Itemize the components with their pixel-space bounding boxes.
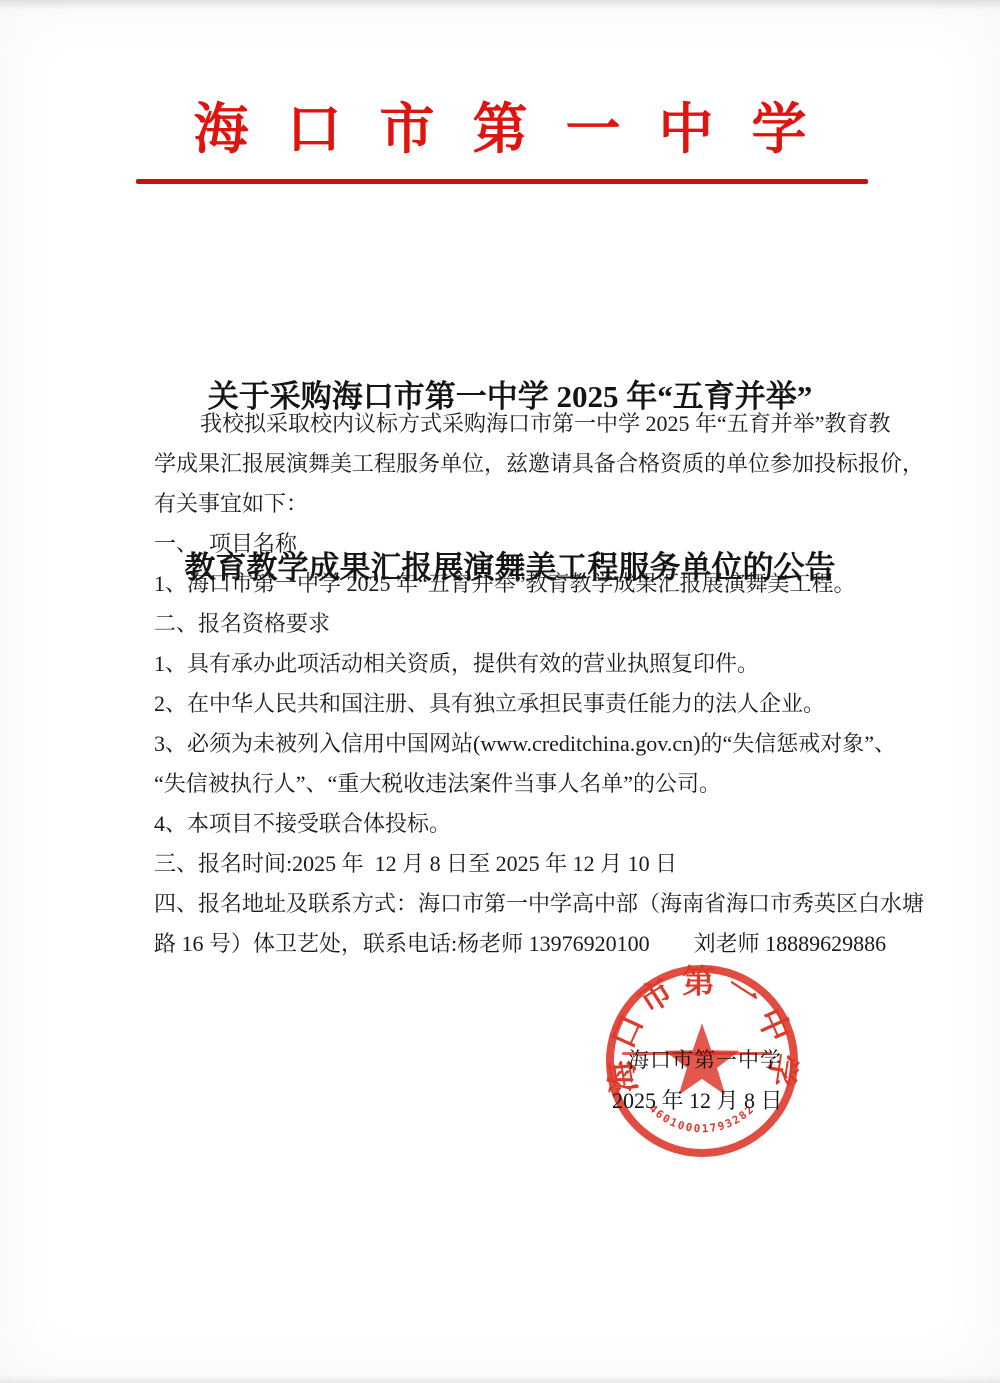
section-heading-4: 四、报名地址及联系方式：海口市第一中学高中部（海南省海口市秀英区白水塘 <box>154 884 884 924</box>
document-page: 海口市第一中学 关于采购海口市第一中学 2025 年“五育并举” 教育教学成果汇… <box>0 0 1000 1383</box>
body-line: 有关事宜如下： <box>154 484 884 524</box>
body-line: 3、必须为未被列入信用中国网站(www.creditchina.gov.cn)的… <box>154 724 884 764</box>
body-line: 学成果汇报展演舞美工程服务单位，兹邀请具备合格资质的单位参加投标报价， <box>154 444 884 484</box>
section-heading-1: 一、 项目名称 <box>154 524 884 564</box>
body-line: 1、具有承办此项活动相关资质，提供有效的营业执照复印件。 <box>154 644 884 684</box>
body-line: 1、海口市第一中学 2025 年“五育并举”教育教学成果汇报展演舞美工程。 <box>154 564 884 604</box>
scan-edge-top <box>0 0 1000 10</box>
body-line: “失信被执行人”、“重大税收违法案件当事人名单”的公司。 <box>154 764 884 804</box>
scan-edge-bottom <box>0 1375 1000 1383</box>
signature-org: 海口市第一中学 <box>628 1044 782 1074</box>
section-heading-2: 二、报名资格要求 <box>154 604 884 644</box>
body-line: 路 16 号）体卫艺处，联系电话:杨老师 13976920100 刘老师 188… <box>154 924 884 964</box>
signature-date: 2025 年 12 月 8 日 <box>612 1084 783 1115</box>
section-heading-3: 三、报名时间:2025 年 12 月 8 日至 2025 年 12 月 10 日 <box>154 844 884 884</box>
announcement-body: 我校拟采取校内议标方式采购海口市第一中学 2025 年“五育并举”教育教 学成果… <box>154 404 884 964</box>
school-letterhead: 海口市第一中学 <box>0 95 1000 165</box>
letterhead-rule <box>136 179 868 184</box>
body-line: 我校拟采取校内议标方式采购海口市第一中学 2025 年“五育并举”教育教 <box>154 404 884 444</box>
body-line: 2、在中华人民共和国注册、具有独立承担民事责任能力的法人企业。 <box>154 684 884 724</box>
body-line: 4、本项目不接受联合体投标。 <box>154 804 884 844</box>
